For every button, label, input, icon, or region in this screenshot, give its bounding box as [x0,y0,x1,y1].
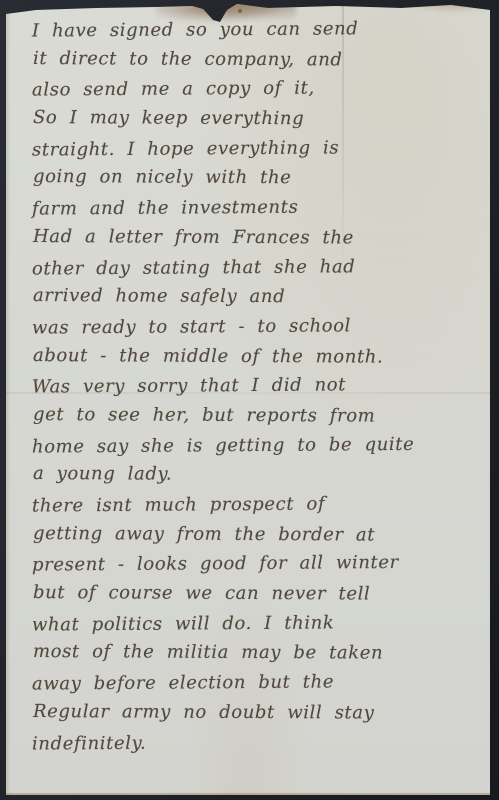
letter-line: get to see her, but reports from [33,400,475,432]
letter-line: So I may keep everything [33,103,475,135]
letter-line: most of the militia may be taken [33,637,475,669]
letter-page: I have signed so you can send it direct … [6,0,490,795]
letter-line: farm and the investments [32,192,474,225]
letter-line: straight. I hope everything is [32,132,474,165]
letter-line: indefinitely. [32,726,474,759]
letter-line: Had a letter from Frances the [33,222,475,254]
letter-line: a young lady. [33,459,475,491]
letter-line: about - the middle of the month. [33,341,475,373]
letter-body: I have signed so you can send it direct … [6,0,490,795]
letter-line: Was very sorry that I did not [32,370,474,403]
letter-line: what politics will do. I think [32,607,474,640]
letter-line: other day stating that she had [32,251,474,284]
letter-line: but of course we can never tell [33,578,475,610]
letter-line: I have signed so you can send [32,13,474,46]
letter-line: home say she is getting to be quite [32,429,474,462]
letter-line: there isnt much prospect of [32,488,474,521]
letter-line: arrived home safely and [33,281,475,313]
letter-line: away before election but the [32,667,474,700]
letter-line: was ready to start - to school [32,310,474,343]
letter-line: it direct to the company, and [33,44,475,76]
letter-line: going on nicely with the [33,162,475,194]
letter-line: getting away from the border at [33,519,475,551]
letter-line: present - looks good for all winter [32,548,474,581]
letter-line: Regular army no doubt will stay [33,697,475,729]
letter-line: also send me a copy of it, [32,73,474,106]
